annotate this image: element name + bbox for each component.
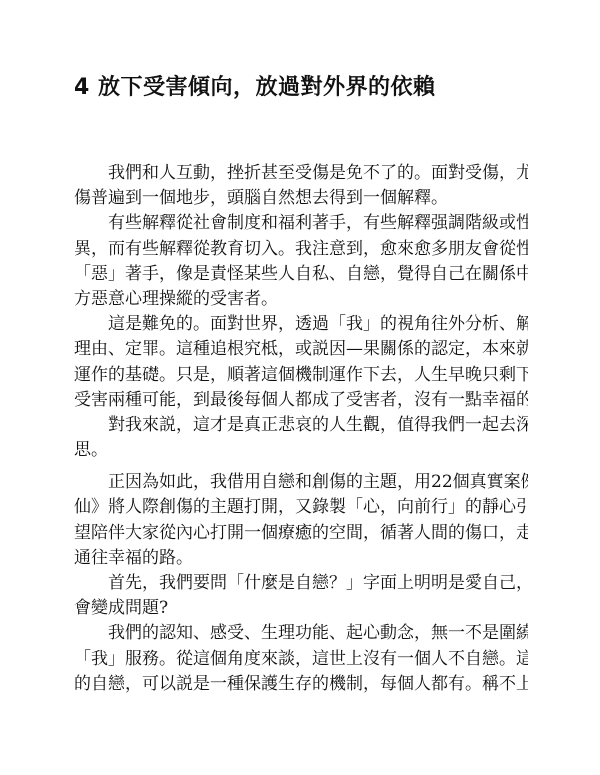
text-line: 我們和人互動，挫折甚至受傷是免不了的。面對受傷，尤其當受 (74, 161, 528, 186)
text-line: 對我來説，這才是真正悲哀的人生觀，值得我們一起去深入反 (74, 413, 528, 438)
text-line: 望陪伴大家從內心打開一個療癒的空間，循著人間的傷口，走出一條 (74, 521, 528, 546)
text-line: 受害兩種可能，到最後每個人都成了受害者，沒有一點幸福的機會。 (74, 388, 528, 413)
paragraph: 正因為如此，我借用自戀和創傷的主題，用22個真實案例在《水 仙》將人際創傷的主題… (74, 470, 528, 571)
text-line: 異，而有些解釋從教育切入。我注意到，愈來愈多朋友會從性格的 (74, 237, 528, 262)
paragraph: 對我來説，這才是真正悲哀的人生觀，值得我們一起去深入反 思。 (74, 413, 528, 463)
paragraph: 我們的認知、感受、生理功能、起心動念，無一不是圍繞著 「我」服務。從這個角度來談… (74, 621, 528, 697)
text-line: 的自戀，可以説是一種保護生存的機制，每個人都有。稱不上是 (74, 672, 528, 697)
text-line: 首先，我們要問「什麼是自戀？」字面上明明是愛自己，為什麼 (74, 571, 528, 596)
text-line: 思。 (74, 438, 528, 463)
paragraph: 這是難免的。面對世界，透過「我」的視角往外分析、解釋、找 理由、定罪。這種追根究… (74, 312, 528, 413)
text-line: 「我」服務。從這個角度來談，這世上沒有一個人不自戀。這種基本 (74, 647, 528, 672)
chapter-body: 我們和人互動，挫折甚至受傷是免不了的。面對受傷，尤其當受 傷普遍到一個地步，頭腦… (74, 161, 528, 697)
paragraph: 有些解釋從社會制度和福利著手，有些解釋强調階級或性別差 異，而有些解釋從教育切入… (74, 211, 528, 312)
text-line: 這是難免的。面對世界，透過「我」的視角往外分析、解釋、找 (74, 312, 528, 337)
text-line: 方惡意心理操縱的受害者。 (74, 287, 528, 312)
text-line: 有些解釋從社會制度和福利著手，有些解釋强調階級或性別差 (74, 211, 528, 236)
paragraph: 我們和人互動，挫折甚至受傷是免不了的。面對受傷，尤其當受 傷普遍到一個地步，頭腦… (74, 161, 528, 211)
text-line: 理由、定罪。這種追根究柢，或説因—果關係的認定，本來就是頭腦 (74, 337, 528, 362)
text-line: 傷普遍到一個地步，頭腦自然想去得到一個解釋。 (74, 186, 528, 211)
text-line: 會變成問題? (74, 596, 528, 621)
text-line: 運作的基礎。只是，順著這個機制運作下去，人生早晚只剩下加害和 (74, 363, 528, 388)
text-line: 正因為如此，我借用自戀和創傷的主題，用22個真實案例在《水 (74, 470, 528, 495)
paragraph: 首先，我們要問「什麼是自戀？」字面上明明是愛自己，為什麼 會變成問題? (74, 571, 528, 621)
text-line: 通往幸福的路。 (74, 546, 528, 571)
chapter-title: 4 放下受害傾向，放過對外界的依賴 (74, 70, 435, 101)
text-line: 仙》將人際創傷的主題打開，又錄製「心，向前行」的靜心引導，希 (74, 495, 528, 520)
text-line: 「惡」著手，像是責怪某些人自私、自戀，覺得自己在關係中淪為對 (74, 262, 528, 287)
text-line: 我們的認知、感受、生理功能、起心動念，無一不是圍繞著 (74, 621, 528, 646)
